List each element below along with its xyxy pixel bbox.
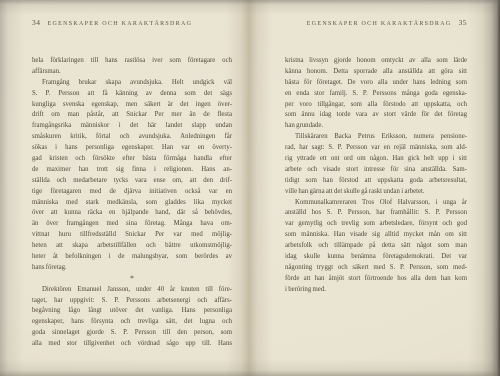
text-line: tidigt som han förstod att uppskatta god…	[285, 176, 467, 187]
text-line: ställda och medarbetare tycks vara ense …	[32, 176, 232, 187]
book-spread: 34EGENSKAPER OCH KARAKTÄRSDRAG hela förk…	[0, 0, 500, 376]
text-line: än över framgången med sina företag. Mån…	[32, 219, 232, 230]
right-header-title: EGENSKAPER OCH KARAKTÄRSDRAG	[307, 21, 452, 27]
text-line: bästa för företaget. De voro alla under …	[285, 78, 467, 89]
text-line: över att kunna räcka en hjälpande hand, …	[32, 208, 232, 219]
text-line: rig yttrade ett ont ord om någon. Han gi…	[285, 154, 467, 165]
text-line: en enda stor familj. S. P. Perssons mång…	[285, 89, 467, 100]
text-line: taget, har uppgivit: S. P. Perssons arbe…	[32, 296, 232, 307]
text-line: per voro tillgångar, som alla förstodo a…	[285, 100, 467, 111]
left-header-title: EGENSKAPER OCH KARAKTÄRSDRAG	[48, 21, 193, 27]
text-line: småskuren kritik, förtal och avundsjuka.…	[32, 132, 232, 143]
book-scan: 34EGENSKAPER OCH KARAKTÄRSDRAG hela förk…	[0, 0, 500, 376]
text-line: tige företagaren med de djärva initiativ…	[32, 187, 232, 198]
text-line: alla med stor tillgivenhet och vördnad s…	[32, 339, 232, 350]
text-line: kristna livssyn gjorde honom omtyckt av …	[285, 56, 467, 67]
text-line: som människa. Han visade sig alltid myck…	[285, 230, 467, 241]
right-page-number: 35	[459, 18, 468, 27]
left-page-number: 34	[32, 18, 41, 27]
text-line: goda sinnelaget gjorde S. P. Persson til…	[32, 328, 232, 339]
text-line: framgångsrika människor i det här landet…	[32, 121, 232, 132]
text-line: Direktören Emanuel Jansson, under 40 år …	[32, 285, 232, 296]
text-line: hela förklaringen till hans rastlösa ive…	[32, 56, 232, 67]
text-line: begåvning lågo långt utöver det vanliga.…	[32, 306, 232, 317]
text-line: förde att han åtnjöt stort förtroende ho…	[285, 274, 467, 285]
text-line: Tillskäraren Backa Petrus Eriksson, nume…	[285, 132, 467, 143]
text-line: de maximer han trott sig finna i religio…	[32, 165, 232, 176]
text-line: kungliga svenska egenskap, men säkert är…	[32, 100, 232, 111]
left-running-header: 34EGENSKAPER OCH KARAKTÄRSDRAG	[32, 12, 192, 30]
text-line: arbetsfolk och tillämpade på detta sätt …	[285, 241, 467, 252]
text-line: heter åt befolkningen i de malungsbyar, …	[32, 252, 232, 263]
text-line: i beröring med.	[285, 285, 467, 296]
text-line: anställd hos S. P. Persson, har framhåll…	[285, 208, 467, 219]
text-line: som ännu idag torde vara av stort värde …	[285, 110, 467, 121]
text-line: affärsman.	[32, 67, 232, 78]
right-running-header: EGENSKAPER OCH KARAKTÄRSDRAG35	[307, 12, 467, 30]
text-line: Framgång brukar skapa avundsjuka. Helt u…	[32, 78, 232, 89]
text-line: S. P. Persson att få känning av denna so…	[32, 89, 232, 100]
text-line: heten att skapa arbetstillfällen och bät…	[32, 241, 232, 252]
section-divider-asterisk: *	[32, 274, 232, 285]
text-line: människa med stark medkänsla, som gladde…	[32, 198, 232, 209]
text-line: känna honom. Detta sporrade alla anställ…	[285, 67, 467, 78]
page-gutter-shadow	[226, 0, 272, 376]
text-line: hans företag.	[32, 263, 232, 274]
text-line: arbete och visade stort intresse för sin…	[285, 165, 467, 176]
text-line: drift om man påstår, att Snickar Per mer…	[32, 110, 232, 121]
text-line: sökas i hans personliga egenskaper. Han …	[32, 143, 232, 154]
text-line: idag skulle kunna benämna företagsdemokr…	[285, 252, 467, 263]
text-line: var gemytlig och trevlig som arbetsledar…	[285, 219, 467, 230]
text-line: Kommunalkamreraren Tros Olof Halvarsson,…	[285, 198, 467, 209]
text-line: någonting tryggt och säkert med S. P. Pe…	[285, 263, 467, 274]
text-line: egenskaper, hans försynta och trevliga s…	[32, 317, 232, 328]
left-page-text-column: hela förklaringen till hans rastlösa ive…	[32, 56, 232, 350]
text-line: han grundade.	[285, 121, 467, 132]
text-line: gad kristen och försökte efter bästa för…	[32, 154, 232, 165]
right-page-text-column: kristna livssyn gjorde honom omtyckt av …	[285, 56, 467, 296]
text-line: ville han gärna att det skulle gå raskt …	[285, 187, 467, 198]
text-line: rad, har sagt: S. P. Persson var en rejä…	[285, 143, 467, 154]
text-line: vittnat huru tillfredsställd Snickar Per…	[32, 230, 232, 241]
